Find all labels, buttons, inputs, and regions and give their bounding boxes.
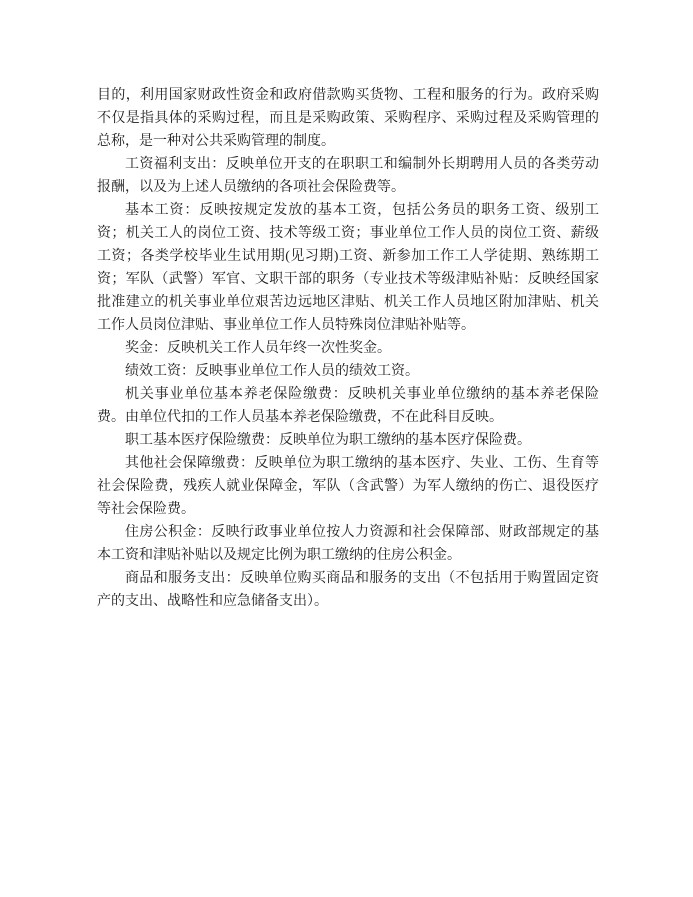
paragraph: 工资福利支出：反映单位开支的在职职工和编制外长期聘用人员的各类劳动报酬，以及为上… (97, 153, 599, 199)
document-text-block: 目的，利用国家财政性资金和政府借款购买货物、工程和服务的行为。政府采购不仅是指具… (97, 84, 599, 613)
document-page: 目的，利用国家财政性资金和政府借款购买货物、工程和服务的行为。政府采购不仅是指具… (0, 0, 693, 897)
paragraph: 职工基本医疗保险缴费：反映单位为职工缴纳的基本医疗保险费。 (97, 429, 599, 452)
paragraph: 基本工资：反映按规定发放的基本工资，包括公务员的职务工资、级别工资；机关工人的岗… (97, 199, 599, 337)
paragraph: 商品和服务支出：反映单位购买商品和服务的支出（不包括用于购置固定资产的支出、战略… (97, 567, 599, 613)
paragraph: 奖金：反映机关工作人员年终一次性奖金。 (97, 337, 599, 360)
paragraph: 住房公积金：反映行政事业单位按人力资源和社会保障部、财政部规定的基本工资和津贴补… (97, 521, 599, 567)
paragraph: 其他社会保障缴费：反映单位为职工缴纳的基本医疗、失业、工伤、生育等社会保险费，残… (97, 452, 599, 521)
paragraph: 机关事业单位基本养老保险缴费：反映机关事业单位缴纳的基本养老保险费。由单位代扣的… (97, 383, 599, 429)
paragraph: 绩效工资：反映事业单位工作人员的绩效工资。 (97, 360, 599, 383)
paragraph: 目的，利用国家财政性资金和政府借款购买货物、工程和服务的行为。政府采购不仅是指具… (97, 84, 599, 153)
